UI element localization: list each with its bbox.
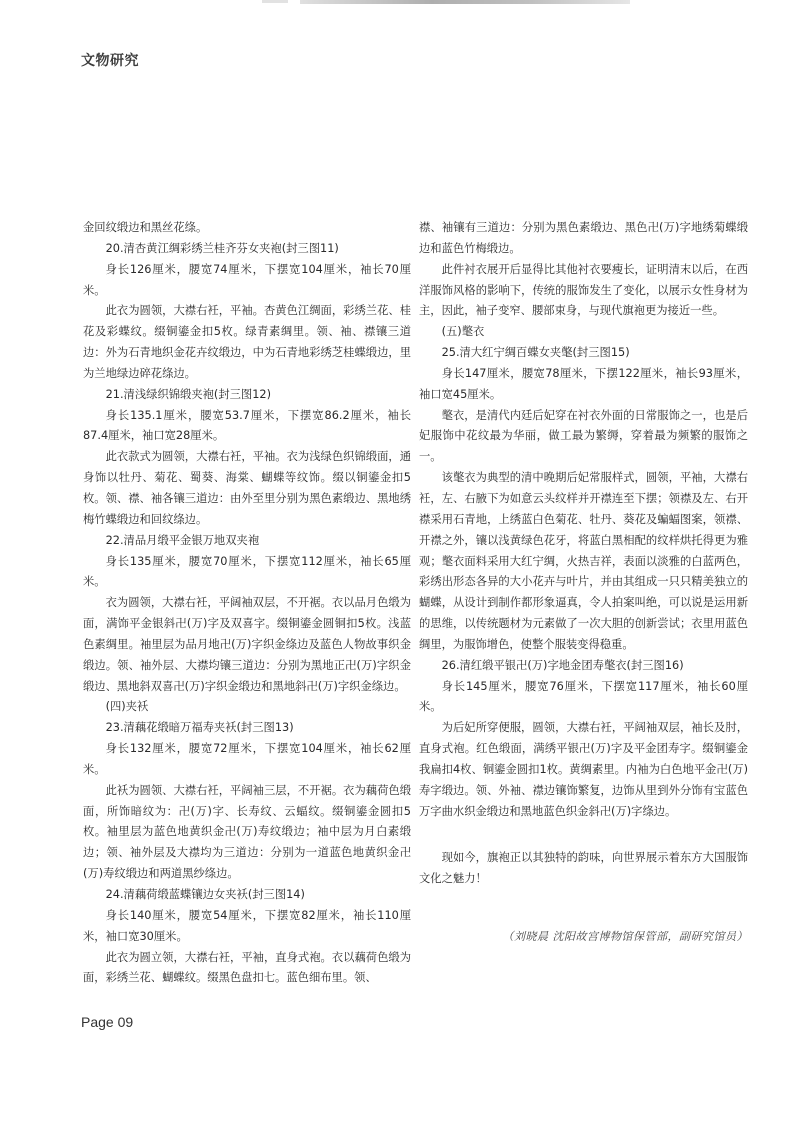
item-dimensions-25: 身长147厘米，腰宽78厘米，下摆122厘米，袖长93厘米，袖口宽45厘米。 bbox=[419, 364, 748, 406]
item-description-22: 衣为圆领，大襟右衽，平阔袖双层，不开裾。衣以品月色缎为面，满饰平金银斜卍(万)字… bbox=[83, 593, 411, 697]
item-description-23: 此袄为圆领、大襟右衽，平阔袖三层，不开裾。衣为藕荷色缎面，所饰暗纹为：卍(万)字… bbox=[83, 781, 411, 885]
paragraph-commentary: 此件衬衣展开后显得比其他衬衣要瘦长，证明清末以后，在西洋服饰风格的影响下，传统的… bbox=[419, 260, 748, 323]
item-description-25: 该氅衣为典型的清中晚期后妃常服样式，圆领，平袖，大襟右衽，左、右腋下为如意云头纹… bbox=[419, 468, 748, 656]
left-column: 金回纹缎边和黑丝花绦。 20.清杏黄江绸彩绣兰桂齐芬女夹袍(封三图11) 身长1… bbox=[83, 218, 411, 989]
item-description-26: 为后妃所穿便服，圆领，大襟右衽，平阔袖双层，袖长及肘，直身式袍。红色缎面，满绣平… bbox=[419, 718, 748, 822]
spacer bbox=[419, 822, 748, 848]
page-number: Page 09 bbox=[81, 1014, 133, 1030]
item-heading-21: 21.清浅绿织锦缎夹袍(封三图12) bbox=[83, 385, 411, 406]
item-heading-25: 25.清大红宁绸百蝶女夹氅(封三图15) bbox=[419, 343, 748, 364]
item-description-20: 此衣为圆领，大襟右衽，平袖。杏黄色江绸面，彩绣兰花、桂花及彩蝶纹。缀铜鎏金扣5枚… bbox=[83, 301, 411, 384]
spacer bbox=[419, 890, 748, 916]
item-description-21: 此衣款式为圆领，大襟右衽，平袖。衣为浅绿色织锦缎面，通身饰以牡丹、菊花、蜀葵、海… bbox=[83, 447, 411, 530]
closing-paragraph: 现如今，旗袍正以其独特的韵味，向世界展示着东方大国服饰文化之魅力！ bbox=[419, 848, 748, 890]
item-heading-22: 22.清品月缎平金银万地双夹袍 bbox=[83, 531, 411, 552]
author-credit: （刘晓晨 沈阳故宫博物馆保管部，副研究馆员） bbox=[419, 927, 748, 948]
item-heading-26: 26.清红缎平银卍(万)字地金团寿氅衣(封三图16) bbox=[419, 656, 748, 677]
item-heading-23: 23.清藕花缎暗万福寿夹袄(封三图13) bbox=[83, 718, 411, 739]
right-column: 襟、袖镶有三道边：分别为黑色素缎边、黑色卍(万)字地绣菊蝶缎边和蓝色竹梅缎边。 … bbox=[419, 218, 748, 959]
item-dimensions-23: 身长132厘米，腰宽72厘米，下摆宽104厘米，袖长62厘米。 bbox=[83, 739, 411, 781]
section-title: 文物研究 bbox=[81, 50, 139, 70]
item-dimensions-21: 身长135.1厘米，腰宽53.7厘米，下摆宽86.2厘米，袖长87.4厘米，袖口… bbox=[83, 406, 411, 448]
paragraph-continuation: 金回纹缎边和黑丝花绦。 bbox=[83, 218, 411, 239]
section-heading-changyi: (五)氅衣 bbox=[419, 322, 748, 343]
item-intro-25: 氅衣，是清代内廷后妃穿在衬衣外面的日常服饰之一，也是后妃服饰中花纹最为华丽，做工… bbox=[419, 406, 748, 469]
item-dimensions-26: 身长145厘米，腰宽76厘米，下摆宽117厘米，袖长60厘米。 bbox=[419, 677, 748, 719]
item-dimensions-22: 身长135厘米，腰宽70厘米，下摆宽112厘米，袖长65厘米。 bbox=[83, 552, 411, 594]
item-heading-24: 24.清藕荷缎蓝蝶镶边女夹袄(封三图14) bbox=[83, 885, 411, 906]
item-dimensions-20: 身长126厘米，腰宽74厘米，下摆宽104厘米，袖长70厘米。 bbox=[83, 260, 411, 302]
section-heading-jiaao: (四)夹袄 bbox=[83, 697, 411, 718]
item-description-24: 此衣为圆立领，大襟右衽，平袖，直身式袍。衣以藕荷色缎为面，彩绣兰花、蝴蝶纹。缀黑… bbox=[83, 948, 411, 990]
paragraph-continuation: 襟、袖镶有三道边：分别为黑色素缎边、黑色卍(万)字地绣菊蝶缎边和蓝色竹梅缎边。 bbox=[419, 218, 748, 260]
item-heading-20: 20.清杏黄江绸彩绣兰桂齐芬女夹袍(封三图11) bbox=[83, 239, 411, 260]
scan-artifact bbox=[300, 0, 630, 4]
item-dimensions-24: 身长140厘米，腰宽54厘米，下摆宽82厘米，袖长110厘米，袖口宽30厘米。 bbox=[83, 906, 411, 948]
scan-artifact bbox=[262, 0, 288, 3]
